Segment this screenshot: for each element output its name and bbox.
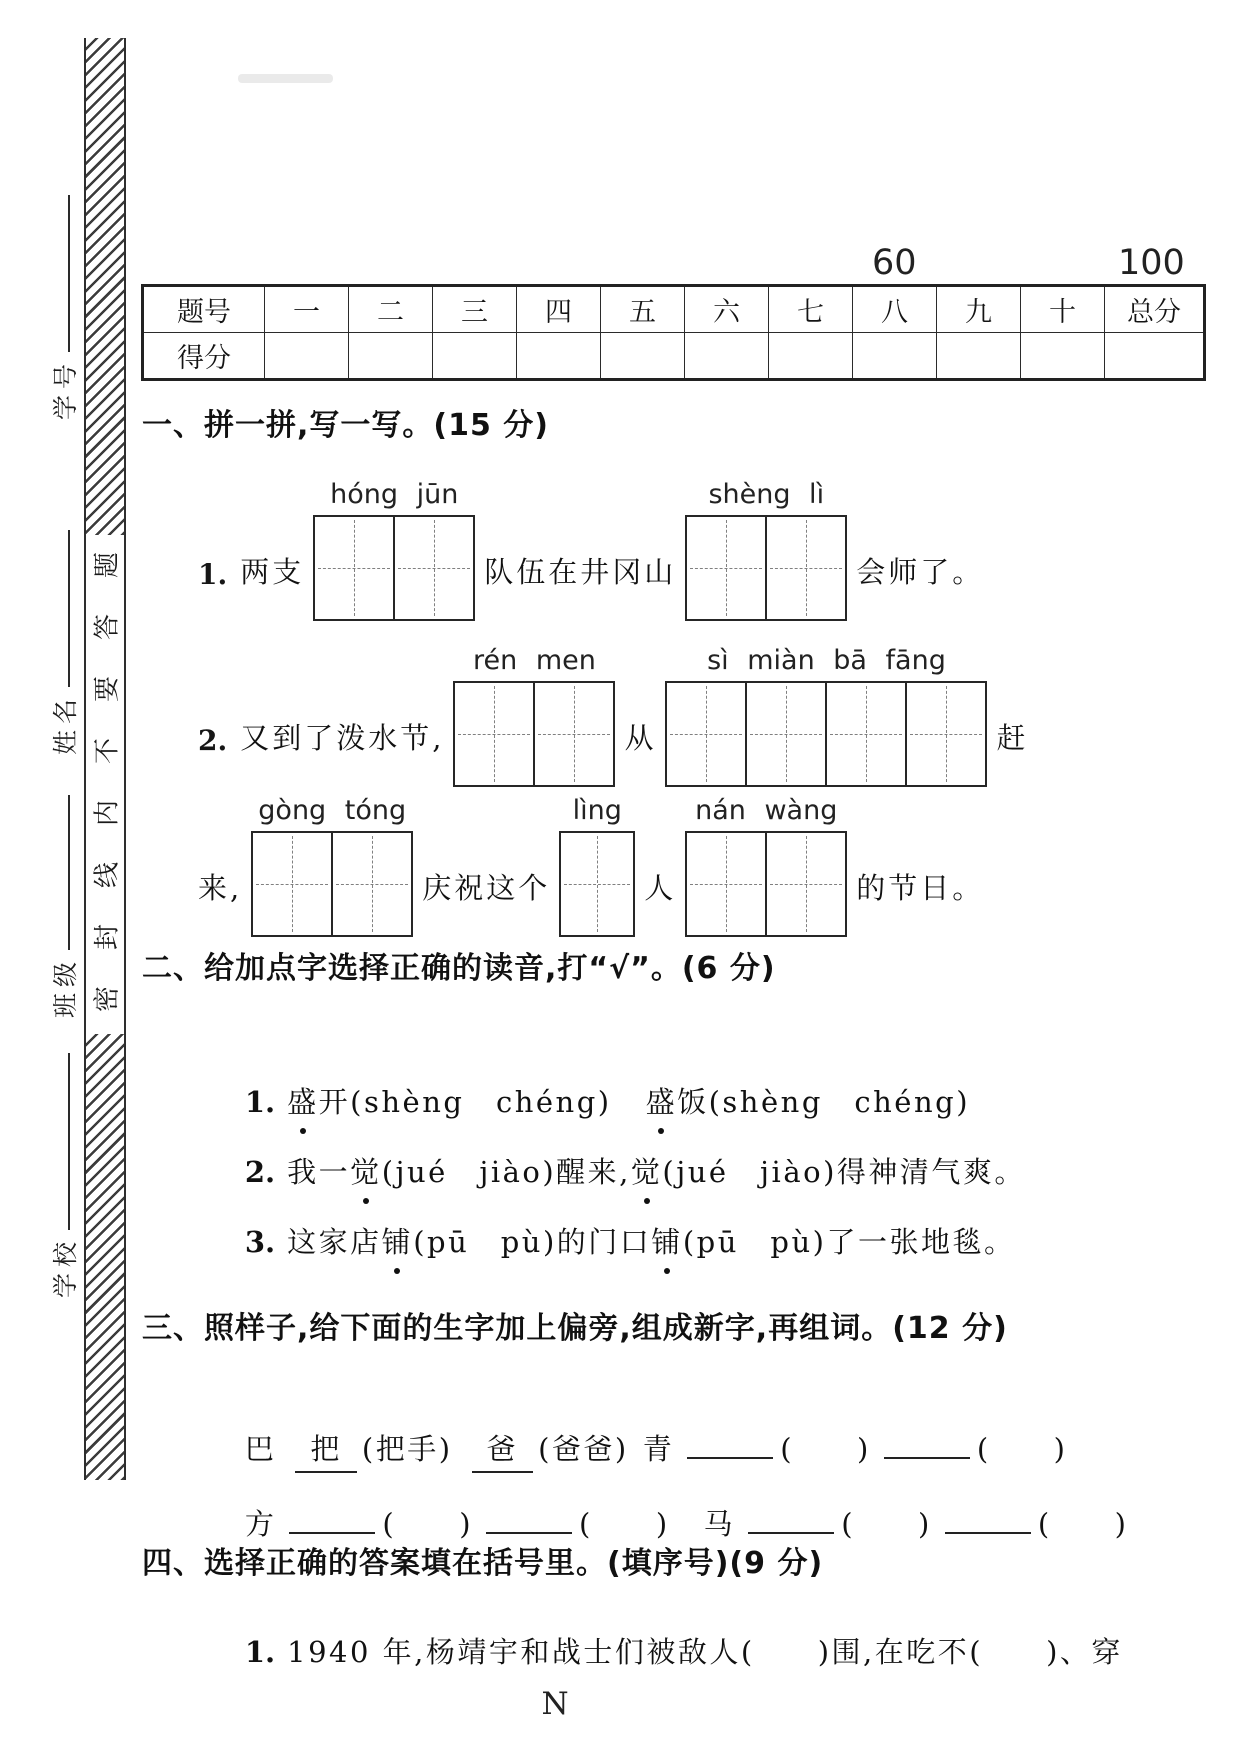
dotted-character: 铺 <box>651 1220 683 1261</box>
seal-band: 题 答 要 不 内 线 封 密 <box>84 38 126 1480</box>
item-text: (jué jiào)醒来, <box>382 1155 631 1189</box>
score-table-col: 九 <box>937 286 1021 333</box>
score-table-col: 十 <box>1021 286 1105 333</box>
margin-field-school: 学校 <box>46 1053 74 1298</box>
question-number: 1. <box>198 558 227 591</box>
base-character: 马 <box>704 1507 736 1541</box>
item-number: 1. <box>245 1085 275 1119</box>
dotted-character: 觉 <box>350 1150 382 1191</box>
pinyin-label: shèng lì <box>708 470 824 515</box>
score-cell <box>685 333 769 380</box>
writing-boxes <box>665 681 987 787</box>
score-table-col: 七 <box>769 286 853 333</box>
section1-title: 一、拼一拼,写一写。(15 分) <box>142 400 549 444</box>
margin-field-label: 班级 <box>46 956 82 1018</box>
section3-title: 三、照样子,给下面的生字加上偏旁,组成新字,再组词。(12 分) <box>142 1303 1008 1347</box>
pinyin-label: rén men <box>473 636 596 681</box>
fill-in-line <box>68 195 70 352</box>
score-cell <box>1105 333 1205 380</box>
score-table-col: 八 <box>853 286 937 333</box>
section1-q2: 2. 又到了泼水节, rén men 从 sì miàn bā fāng 赶 <box>198 636 1037 787</box>
question-text: 庆祝这个 <box>422 866 550 907</box>
writing-boxes <box>685 831 847 937</box>
item-text: 我一 <box>287 1155 350 1189</box>
score-table-header-row: 题号 一 二 三 四 五 六 七 八 九 十 总分 <box>143 286 1205 333</box>
writing-cell <box>253 833 331 935</box>
question-text: 两支 <box>240 550 304 591</box>
score-table-col: 一 <box>265 286 349 333</box>
score-table-corner: 题号 <box>143 286 265 333</box>
seal-char: 封 <box>87 924 124 950</box>
pinyin-label: hóng jūn <box>330 470 458 515</box>
section1-q1: 1. 两支 hóng jūn 队伍在井冈山 shèng lì 会师了。 <box>198 470 993 621</box>
pinyin-label: gòng tóng <box>258 786 406 831</box>
dotted-character: 觉 <box>631 1150 663 1191</box>
score-table: 题号 一 二 三 四 五 六 七 八 九 十 总分 得分 <box>141 284 1206 381</box>
writing-cell <box>687 833 765 935</box>
pinyin-label: sì miàn bā fāng <box>707 636 946 681</box>
score-cell <box>349 333 433 380</box>
exam-paper-page: 学号 姓名 班级 学校 题 答 要 不 内 线 封 密 60 100 题号 <box>0 0 1241 1754</box>
seal-char: 内 <box>87 800 124 826</box>
score-cell <box>937 333 1021 380</box>
writing-cell <box>687 517 765 619</box>
item-text: 围,在吃不 <box>832 1635 970 1669</box>
score-cell <box>769 333 853 380</box>
question-text: 人 <box>644 866 676 907</box>
base-character: 巴 <box>245 1432 277 1466</box>
answer-parentheses: ( ) <box>382 1507 473 1541</box>
score-table-col: 五 <box>601 286 685 333</box>
margin-field-label: 姓名 <box>46 693 82 755</box>
score-cell <box>517 333 601 380</box>
section2-title: 二、给加点字选择正确的读音,打“√”。(6 分) <box>142 943 776 987</box>
item-text: (jué jiào)得神清气爽。 <box>662 1155 1025 1189</box>
answer-parentheses: ( ) <box>579 1507 670 1541</box>
answer-blank <box>486 1504 572 1534</box>
answer-parentheses: ( ) <box>841 1507 932 1541</box>
writing-cell <box>533 683 613 785</box>
base-character: 方 <box>245 1507 277 1541</box>
margin-field-student-number: 学号 <box>46 195 74 420</box>
pinyin-writing-group: nán wàng <box>685 786 847 937</box>
question-text: 从 <box>624 716 656 757</box>
dotted-character: 盛 <box>287 1080 319 1121</box>
score-cell <box>853 333 937 380</box>
writing-boxes <box>685 515 847 621</box>
question-text: 队伍在井冈山 <box>484 550 676 591</box>
seal-char: 题 <box>87 552 124 578</box>
answer-blank <box>748 1504 834 1534</box>
question-text: 的节日。 <box>856 866 984 907</box>
score-table-score-row: 得分 <box>143 333 1205 380</box>
score-table-col: 六 <box>685 286 769 333</box>
example-character: 爸 <box>472 1427 534 1473</box>
writing-cell <box>825 683 905 785</box>
section4-item1: 1.1940 年,杨靖宇和战士们被敌人( )围,在吃不( )、穿 <box>198 1596 1123 1705</box>
score-table-col: 四 <box>517 286 601 333</box>
item-text: (pū pù)的门口 <box>413 1225 651 1259</box>
question-number: 2. <box>198 724 227 757</box>
margin-field-name: 姓名 <box>46 530 74 755</box>
pinyin-writing-group: lìng <box>559 786 635 937</box>
seal-char: 密 <box>87 986 124 1012</box>
example-word: (爸爸) <box>538 1432 629 1466</box>
question-text: 赶 <box>996 716 1028 757</box>
seal-char: 线 <box>87 862 124 888</box>
fill-in-line <box>68 1053 70 1230</box>
writing-cell <box>667 683 745 785</box>
pinyin-label: nán wàng <box>695 786 837 831</box>
item-text: (pū pù)了一张地毯。 <box>683 1225 1016 1259</box>
item-number: 2. <box>245 1155 275 1189</box>
item-number: 1. <box>245 1635 275 1669</box>
answer-parentheses: ( ) <box>977 1432 1068 1466</box>
pinyin-writing-group: gòng tóng <box>251 786 413 937</box>
section1-q2-continued: 来, gòng tóng 庆祝这个 lìng 人 nán wàng 的节日。 <box>198 786 993 937</box>
score-cell <box>601 333 685 380</box>
dotted-character: 铺 <box>382 1220 414 1261</box>
writing-cell <box>455 683 533 785</box>
header-number-100: 100 <box>1118 243 1185 283</box>
answer-parentheses: ( ) <box>741 1635 832 1669</box>
margin-field-label: 学号 <box>46 358 82 420</box>
score-table-col: 总分 <box>1105 286 1205 333</box>
writing-cell <box>331 833 411 935</box>
pinyin-label: lìng <box>573 786 622 831</box>
pinyin-writing-group: sì miàn bā fāng <box>665 636 987 787</box>
dotted-character: 盛 <box>646 1080 678 1121</box>
seal-char: 不 <box>87 738 124 764</box>
writing-cell <box>745 683 825 785</box>
writing-boxes <box>313 515 475 621</box>
writing-cell <box>765 833 845 935</box>
item-number: 3. <box>245 1225 275 1259</box>
seal-char: 要 <box>87 676 124 702</box>
hatch-pattern-bottom <box>86 1034 124 1480</box>
pinyin-writing-group: shèng lì <box>685 470 847 621</box>
answer-blank <box>945 1504 1031 1534</box>
item-text: 饭(shèng chéng) <box>677 1085 970 1119</box>
header-number-60: 60 <box>872 243 917 283</box>
item-text: 1940 年,杨靖宇和战士们被敌人 <box>287 1635 741 1669</box>
answer-blank <box>289 1504 375 1534</box>
question-text: 来, <box>198 866 242 907</box>
hatch-pattern-top <box>86 38 124 535</box>
fill-in-line <box>68 795 70 950</box>
base-character: 青 <box>643 1432 675 1466</box>
margin-field-label: 学校 <box>46 1236 82 1298</box>
fill-in-line <box>68 530 70 687</box>
seal-char: 答 <box>87 614 124 640</box>
writing-cell <box>905 683 985 785</box>
margin-field-class: 班级 <box>46 795 74 1018</box>
example-word: (把手) <box>362 1432 453 1466</box>
score-row-label: 得分 <box>143 333 265 380</box>
question-text: 又到了泼水节, <box>240 716 444 757</box>
pinyin-writing-group: hóng jūn <box>313 470 475 621</box>
writing-boxes <box>453 681 615 787</box>
writing-cell <box>765 517 845 619</box>
answer-blank <box>687 1429 773 1459</box>
answer-parentheses: ( ) <box>780 1432 871 1466</box>
item-text: 这家店 <box>287 1225 382 1259</box>
writing-cell <box>315 517 393 619</box>
score-cell <box>433 333 517 380</box>
score-table-col: 二 <box>349 286 433 333</box>
question-text: 会师了。 <box>856 550 984 591</box>
section4-title: 四、选择正确的答案填在括号里。(填序号)(9 分) <box>142 1538 823 1582</box>
writing-boxes <box>251 831 413 937</box>
scan-artifact <box>238 74 333 83</box>
writing-boxes <box>559 831 635 937</box>
writing-cell <box>393 517 473 619</box>
score-cell <box>265 333 349 380</box>
section2-item3: 3.这家店铺(pū pù)的门口铺(pū pù)了一张地毯。 <box>198 1186 1015 1295</box>
pinyin-writing-group: rén men <box>453 636 615 787</box>
writing-cell <box>561 833 633 935</box>
score-table-col: 三 <box>433 286 517 333</box>
example-character: 把 <box>295 1427 357 1473</box>
item-text: 开(shèng chéng) <box>319 1085 612 1119</box>
answer-blank <box>884 1429 970 1459</box>
page-mark: N <box>500 1686 610 1722</box>
score-cell <box>1021 333 1105 380</box>
answer-parentheses: ( ) <box>1038 1507 1129 1541</box>
answer-parentheses: ( ) <box>969 1635 1060 1669</box>
item-text: 、穿 <box>1060 1635 1123 1669</box>
